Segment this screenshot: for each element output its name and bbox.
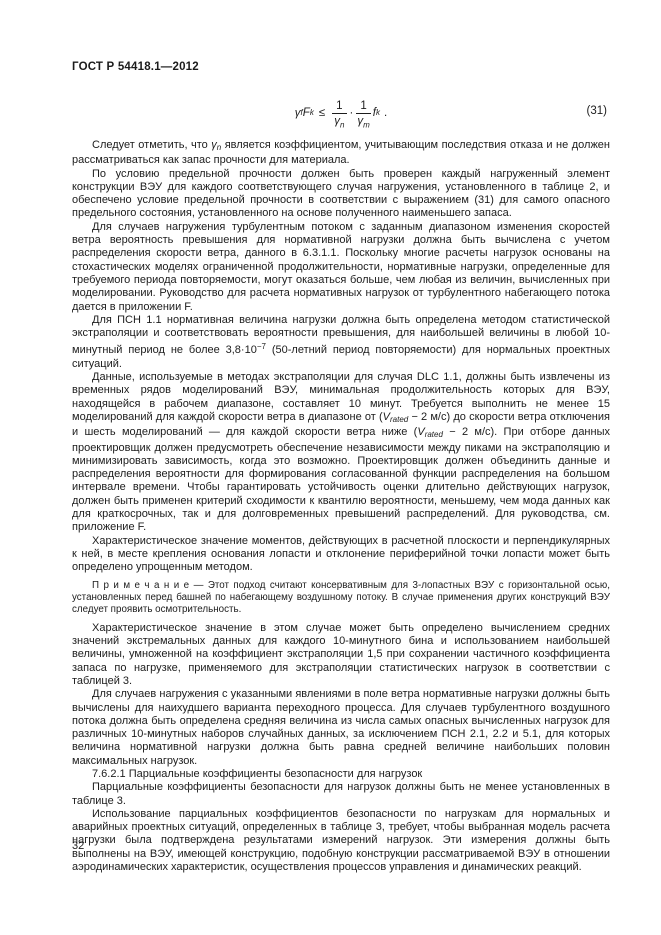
document-page: ГОСТ Р 54418.1—2012 γfFk ≤ 1γn · 1γm fk … (0, 0, 661, 935)
page-number: 32 (72, 840, 84, 852)
equation-31: γfFk ≤ 1γn · 1γm fk . (31) (72, 93, 610, 133)
equation-expression: γfFk ≤ 1γn · 1γm fk . (72, 93, 610, 133)
paragraph: Характеристическое значение в этом случа… (72, 622, 610, 688)
note-paragraph: П р и м е ч а н и е — Этот подход считаю… (72, 580, 610, 617)
paragraph: Использование парциальных коэффициентов … (72, 808, 610, 874)
paragraph: Данные, используемые в методах экстрапол… (72, 371, 610, 535)
paragraph: Парциальные коэффициенты безопасности дл… (72, 781, 610, 808)
equation-number: (31) (587, 105, 607, 117)
fraction-1-over-gamma-n: 1γn (332, 100, 346, 127)
paragraph: Характеристическое значение моментов, де… (72, 535, 610, 575)
paragraph: Для случаев нагружения турбулентным пото… (72, 221, 610, 314)
paragraph: Следует отметить, что γn является коэффи… (72, 139, 610, 168)
subsection-heading: 7.6.2.1 Парциальные коэффициенты безопас… (72, 768, 610, 781)
running-header: ГОСТ Р 54418.1—2012 (72, 61, 199, 73)
multiplication-dot: · (350, 107, 354, 119)
paragraph: Для ПСН 1.1 нормативная величина нагрузк… (72, 314, 610, 371)
gamma-f-symbol: γ (295, 107, 301, 119)
leq-sign: ≤ (319, 107, 325, 119)
paragraph: По условию предельной прочности должен б… (72, 168, 610, 221)
paragraph: Для случаев нагружения с указанными явле… (72, 688, 610, 768)
document-body: Следует отметить, что γn является коэффи… (72, 139, 610, 874)
fraction-1-over-gamma-m: 1γm (356, 100, 370, 127)
